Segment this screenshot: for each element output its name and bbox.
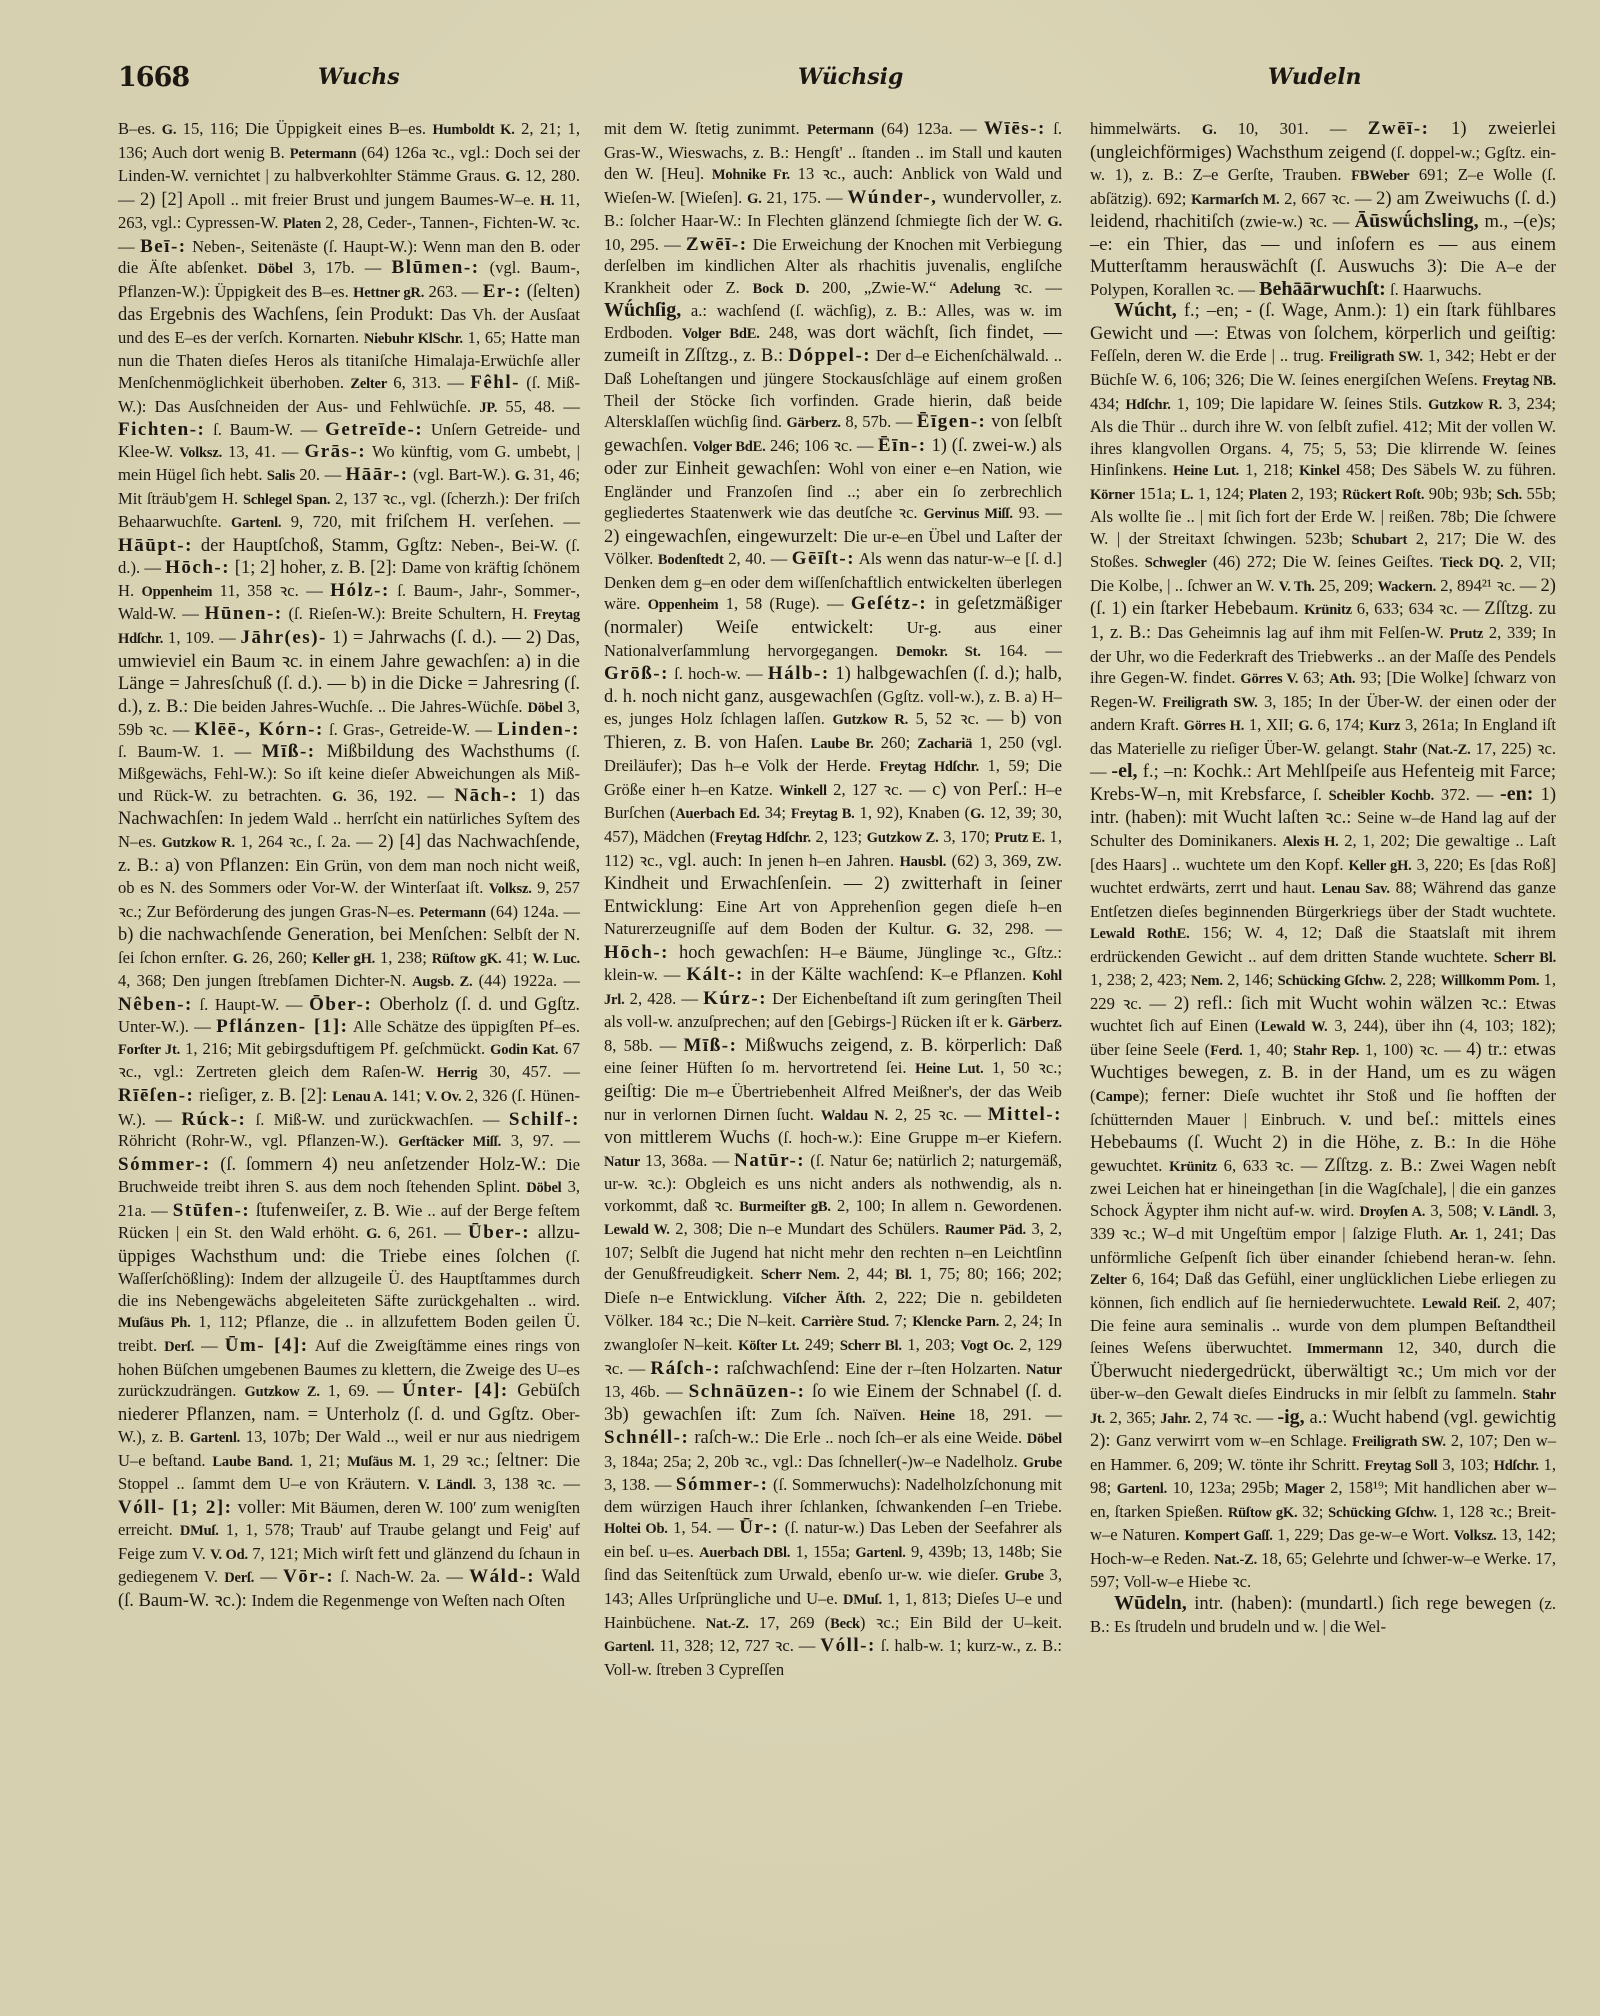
catchword-left: Wuchs bbox=[318, 64, 400, 90]
entry-text: ſ. Baum-W. — bbox=[205, 420, 325, 439]
entry-text: 3, 103; bbox=[1438, 1455, 1494, 1474]
source-citation: W. Luc. bbox=[532, 951, 580, 967]
source-citation: Auerbach Ed. bbox=[675, 806, 760, 822]
headword: Wīēs-: bbox=[984, 118, 1046, 139]
source-citation: G. bbox=[505, 169, 520, 185]
definition: (ſ. ſommern 4) neu anſetzender Holz-W.: bbox=[211, 1155, 556, 1175]
source-citation: Scherr Bl. bbox=[1494, 950, 1556, 966]
source-citation: Campe bbox=[1096, 1089, 1139, 1105]
entry-text: 458; Des Säbels W. zu führen. bbox=[1340, 460, 1556, 479]
definition: ſtufenweiſer, z. B. bbox=[250, 1201, 395, 1221]
source-citation: Beck bbox=[830, 1616, 860, 1632]
entry-text: (ſ. Rieſen-W.): Breite Schultern, H. bbox=[283, 604, 534, 623]
source-citation: Viſcher Äſth. bbox=[782, 1291, 865, 1307]
source-citation: Lewald W. bbox=[604, 1222, 670, 1238]
source-citation: Döbel bbox=[258, 261, 293, 277]
entry-text: 2, 123; bbox=[811, 827, 867, 846]
source-citation: G. bbox=[1202, 122, 1217, 138]
entry-text: 9, 720, bbox=[281, 512, 351, 531]
source-citation: Grube bbox=[1023, 1455, 1062, 1471]
entry-text: 2, 146; bbox=[1223, 970, 1278, 989]
source-citation: Nat.-Z. bbox=[1428, 742, 1471, 758]
source-citation: Freytag B. bbox=[791, 806, 855, 822]
entry-text: 13, 41. — bbox=[222, 442, 304, 461]
source-citation: Gartenl. bbox=[1117, 1481, 1167, 1497]
source-citation: Köſter Lt. bbox=[738, 1338, 799, 1354]
source-citation: Gutzkow Z. bbox=[867, 830, 939, 846]
source-citation: Vogt Oc. bbox=[960, 1338, 1013, 1354]
entry-text: — bbox=[194, 1336, 225, 1355]
source-citation: Döbel bbox=[1027, 1431, 1062, 1447]
entry-text: 10, 123a; 295b; bbox=[1167, 1478, 1284, 1497]
entry-text: ſ. Gras-, Getreide-W. — bbox=[324, 720, 497, 739]
entry-text: ) ꝛc.; Ein Bild der U–keit. bbox=[860, 1613, 1062, 1632]
source-citation: Volksz. bbox=[489, 881, 532, 897]
headword: -en: bbox=[1500, 783, 1533, 805]
source-citation: Scheibler Kochb. bbox=[1329, 788, 1435, 804]
source-citation: Droyſen A. bbox=[1360, 1204, 1426, 1220]
entry-text: 6, 313. — bbox=[387, 373, 470, 392]
entry-text: 32; bbox=[1297, 1502, 1328, 1521]
source-citation: Muſäus Ph. bbox=[118, 1315, 191, 1331]
entry-text: Eine der r–ſten Holzarten. bbox=[845, 1359, 1026, 1378]
entry-text: 1, 40; bbox=[1243, 1040, 1294, 1059]
entry-text: 8, 58b. — bbox=[604, 1036, 684, 1055]
source-citation: Zelter bbox=[1090, 1272, 1127, 1288]
catchword-right: Wudeln bbox=[1268, 64, 1362, 90]
headword: Nāch-: bbox=[454, 785, 518, 806]
source-citation: Derſ. bbox=[164, 1339, 194, 1355]
entry-text: ſ. hoch-w. — bbox=[669, 664, 768, 683]
definition: von mittlerem Wuchs bbox=[604, 1128, 778, 1148]
source-citation: Gartenl. bbox=[604, 1639, 654, 1655]
source-citation: Humboldt K. bbox=[432, 122, 514, 138]
entry-text: Zum ſch. Naïven. bbox=[771, 1405, 920, 1424]
source-citation: Mohnike Fr. bbox=[712, 167, 790, 183]
headword: -el, bbox=[1111, 760, 1137, 782]
definition: ferner: bbox=[1161, 1086, 1223, 1106]
entry-text: 36, 192. — bbox=[347, 786, 455, 805]
headword: Getreīde-: bbox=[325, 419, 423, 440]
headword: Kúrz-: bbox=[703, 988, 767, 1009]
entry-text: 25, 209; bbox=[1315, 576, 1378, 595]
definition: Oberholz (ſ. d. und Ggſtz. bbox=[372, 995, 580, 1015]
entry-text: 1, 238; bbox=[375, 948, 432, 967]
source-citation: Heine Lut. bbox=[1173, 463, 1239, 479]
page-number: 1668 bbox=[118, 62, 189, 93]
entry-text bbox=[1351, 1110, 1365, 1129]
headword: Hāūpt-: bbox=[118, 535, 193, 556]
entry-text: Apoll .. mit freier Brust und jungem Bau… bbox=[183, 190, 540, 209]
source-citation: Mager bbox=[1285, 1481, 1325, 1497]
entry-text: (64) 124a. — bbox=[486, 902, 580, 921]
headword: Únter- [4]: bbox=[402, 1380, 509, 1401]
source-citation: Freytag Hdſchr. bbox=[715, 830, 811, 846]
entry-text: 2, 228; bbox=[1386, 970, 1441, 989]
source-citation: Lewald W. bbox=[1260, 1019, 1327, 1035]
entry-text: 1, 264 ꝛc., ſ. 2a. — bbox=[235, 832, 378, 851]
entry-text: Röhricht (Rohr-W., vgl. Pflanzen-W.). bbox=[118, 1131, 398, 1150]
source-citation: G. bbox=[747, 191, 762, 207]
source-citation: Stahr bbox=[1383, 742, 1417, 758]
source-citation: Freiligrath SW. bbox=[1163, 695, 1258, 711]
entry-text: 1, 54. — bbox=[668, 1518, 740, 1537]
source-citation: Kompert Gaſſ. bbox=[1185, 1528, 1273, 1544]
source-citation: Demokr. St. bbox=[896, 644, 981, 660]
headword: Beī-: bbox=[140, 236, 187, 257]
entry-text: 30, 457. — bbox=[477, 1062, 580, 1081]
entry-text: mit dem W. ſtetig zunimmt. bbox=[604, 119, 807, 138]
entry-text: 1, 124; bbox=[1193, 484, 1248, 503]
source-citation: Gutzkow R. bbox=[833, 712, 909, 728]
source-citation: Volksz. bbox=[1454, 1528, 1497, 1544]
headword: Linden-: bbox=[497, 719, 580, 740]
source-citation: Schubart bbox=[1352, 532, 1408, 548]
source-citation: Jahr. bbox=[1160, 1411, 1190, 1427]
source-citation: Augsb. Z. bbox=[412, 974, 472, 990]
headword: Hūnen-: bbox=[205, 603, 283, 624]
entry-text: 26, 260; bbox=[247, 948, 312, 967]
entry-paragraph: Wūdeln, intr. (haben): (mundartl.) ſich … bbox=[1090, 1593, 1556, 1637]
entry-text: Die Erle .. noch ſch–er als eine Weide. bbox=[764, 1428, 1026, 1447]
source-citation: Grube bbox=[1004, 1568, 1043, 1584]
headword: Gēīſt-: bbox=[792, 548, 855, 569]
source-citation: DMuſ. bbox=[180, 1523, 219, 1539]
definition: auch: bbox=[853, 164, 901, 184]
headword: Ūm- [4]: bbox=[225, 1335, 309, 1356]
source-citation: Schwegler bbox=[1145, 555, 1207, 571]
headword: Ráſch-: bbox=[650, 1358, 721, 1379]
entry-text: 20. — bbox=[295, 465, 346, 484]
entry-text: 151a; bbox=[1135, 484, 1181, 503]
entry-text: 55, 48. — bbox=[497, 397, 580, 416]
entry-text: Alle Schätze des üppigſten Pf–es. bbox=[349, 1017, 580, 1036]
headword: Klēē-, Kórn-: bbox=[195, 719, 324, 740]
headword: Vōr-: bbox=[283, 1566, 334, 1587]
entry-text: himmelwärts. bbox=[1090, 119, 1202, 138]
source-citation: Gerſtäcker Miſſ. bbox=[398, 1134, 501, 1150]
dictionary-page: 1668 Wuchs Wüchsig Wudeln B–es. G. 15, 1… bbox=[0, 0, 1600, 2016]
headword: Ēīgen-: bbox=[917, 411, 987, 432]
entry-text: — bbox=[554, 512, 580, 531]
headword: Natūr-: bbox=[734, 1150, 805, 1171]
entry-text: 13 ꝛc., bbox=[790, 164, 853, 183]
headword: Mīß-: bbox=[684, 1035, 738, 1056]
source-citation: G. bbox=[366, 1226, 381, 1242]
source-citation: Krünitz bbox=[1304, 602, 1352, 618]
definition: rieſiger, z. B. [2]: bbox=[194, 1086, 332, 1106]
headword: Sómmer-: bbox=[118, 1154, 211, 1175]
entry-text: 141; bbox=[387, 1086, 425, 1105]
entry-text: 1, 69. — bbox=[320, 1381, 402, 1400]
entry-text: B–es. bbox=[118, 119, 162, 138]
source-citation: Hdſchr. bbox=[1125, 397, 1170, 413]
source-citation: Heine Lut. bbox=[915, 1061, 983, 1077]
headword: Pflánzen- [1]: bbox=[216, 1016, 348, 1037]
source-citation: Tieck DQ. bbox=[1440, 555, 1504, 571]
source-citation: Görres V. bbox=[1240, 671, 1298, 687]
entry-text: ſ. Miß-W. und zurückwachſen. — bbox=[246, 1110, 509, 1129]
entry-text: 2, 667 ꝛc. — bbox=[1279, 189, 1376, 208]
entry-text: 2, 40. — bbox=[724, 549, 792, 568]
source-citation: Herrig bbox=[437, 1065, 478, 1081]
source-citation: Salis bbox=[267, 468, 295, 484]
entry-text: In jenen h–en Jahren. bbox=[748, 851, 899, 870]
entry-text: 3, 97. — bbox=[501, 1131, 580, 1150]
headword: Wúnder-, bbox=[847, 187, 937, 208]
source-citation: Heine bbox=[919, 1408, 954, 1424]
source-citation: Kinkel bbox=[1299, 463, 1340, 479]
entry-text: 6, 174; bbox=[1313, 715, 1369, 734]
entry-text: 13, 368a. — bbox=[640, 1151, 734, 1170]
source-citation: Scherr Nem. bbox=[761, 1267, 840, 1283]
source-citation: Petermann bbox=[807, 122, 874, 138]
source-citation: V. bbox=[1339, 1113, 1351, 1129]
source-citation: Petermann bbox=[290, 146, 357, 162]
source-citation: G. bbox=[970, 806, 985, 822]
entry-text: 3, 138 ꝛc. — bbox=[476, 1474, 580, 1493]
definition: raſchwachſend: bbox=[721, 1359, 845, 1379]
entry-text: Die beiden Jahres-Wuchſe. .. Die Jahres-… bbox=[188, 697, 527, 716]
source-citation: Keller gH. bbox=[1349, 858, 1412, 874]
headword: Wǘchſig, bbox=[604, 299, 681, 321]
source-citation: Freiligrath SW. bbox=[1352, 1434, 1446, 1450]
source-citation: Stahr Rep. bbox=[1293, 1043, 1359, 1059]
entry-text: 4, 368; Den jungen ſtrebſamen Dichter-N. bbox=[118, 971, 412, 990]
entry-text: 1, 100) ꝛc. — bbox=[1359, 1040, 1466, 1059]
source-citation: Platen bbox=[1249, 487, 1287, 503]
headword: Rúck-: bbox=[181, 1109, 246, 1130]
entry-text: Feſſeln, deren W. die Erde | .. trug. bbox=[1090, 346, 1329, 365]
headword: Schilf-: bbox=[509, 1109, 580, 1130]
headword: Mīß-: bbox=[262, 741, 316, 762]
entry-text: 2, 100; In allem n. Gewordenen. bbox=[831, 1196, 1062, 1215]
source-citation: Laube Band. bbox=[212, 1454, 292, 1470]
source-citation: Nat.-Z. bbox=[706, 1616, 749, 1632]
text-column-1: B–es. G. 15, 116; Die Üppigkeit eines B–… bbox=[118, 118, 580, 1613]
source-citation: Freytag Soll bbox=[1364, 1458, 1437, 1474]
source-citation: JP. bbox=[479, 400, 497, 416]
entry-text: 12, 340, bbox=[1383, 1338, 1476, 1357]
definition: Mißbildung des Wachsthums bbox=[316, 742, 566, 762]
source-citation: Gärberz. bbox=[787, 415, 841, 431]
source-citation: Gartenl. bbox=[190, 1430, 240, 1446]
headword: Zwēī-: bbox=[1368, 118, 1430, 139]
source-citation: Zelter bbox=[350, 376, 387, 392]
source-citation: Godin Kat. bbox=[490, 1042, 558, 1058]
entry-text: 1, 229; Das ge-w–e Wort. bbox=[1273, 1525, 1454, 1544]
source-citation: Hettner gR. bbox=[353, 285, 424, 301]
entry-text: 5, 52 ꝛc. — bbox=[908, 709, 1011, 728]
definition: geiſtig: bbox=[604, 1082, 664, 1102]
source-citation: Gärberz. bbox=[1008, 1015, 1062, 1031]
source-citation: Prutz bbox=[1450, 626, 1484, 642]
headword: Dóppel-: bbox=[788, 345, 871, 366]
entry-text: (62) 3, 369, bbox=[946, 851, 1037, 870]
headword: Hōch-: bbox=[165, 557, 230, 578]
headword: Wūdeln, bbox=[1114, 1592, 1187, 1614]
source-citation: Scherr Bl. bbox=[840, 1338, 902, 1354]
source-citation: G. bbox=[162, 122, 177, 138]
definition: voller: bbox=[232, 1498, 291, 1518]
source-citation: V. Ov. bbox=[425, 1089, 461, 1105]
entry-text: 10, 295. — bbox=[604, 235, 686, 254]
entry-text: 246; 106 ꝛc. — bbox=[766, 436, 878, 455]
source-citation: Burmeiſter gB. bbox=[739, 1199, 831, 1215]
source-citation: Willkomm Pom. bbox=[1441, 973, 1540, 989]
headword: Nêben-: bbox=[118, 994, 193, 1015]
source-citation: Rückert Roſt. bbox=[1342, 487, 1424, 503]
entry-text: 249; bbox=[799, 1335, 840, 1354]
definition: hoch gewachſen: bbox=[669, 943, 819, 963]
headword: Geſétz-: bbox=[851, 593, 927, 614]
definition: der Hauptſchoß, Stamm, Ggſtz: bbox=[193, 536, 451, 556]
source-citation: G. bbox=[1298, 718, 1313, 734]
source-citation: DMuſ. bbox=[843, 1592, 882, 1608]
entry-text: 2, 44; bbox=[840, 1264, 895, 1283]
headword: Behāārwuchſt: bbox=[1259, 278, 1386, 300]
entry-text: 2, 428. — bbox=[625, 989, 704, 1008]
source-citation: Gutzkow Z. bbox=[245, 1384, 320, 1400]
headword: Kált-: bbox=[686, 964, 744, 985]
entry-text: 6, 261. — bbox=[381, 1223, 468, 1242]
definition: c) von Perſ.: bbox=[932, 780, 1034, 800]
entry-text: ſ. bbox=[1313, 785, 1329, 804]
entry-text: 3, 508; bbox=[1425, 1201, 1482, 1220]
entry-text: 164. — bbox=[981, 641, 1062, 660]
source-citation: G. bbox=[233, 951, 248, 967]
entry-text: 2, 894²¹ ꝛc. — bbox=[1436, 576, 1540, 595]
source-citation: Gervinus Miſſ. bbox=[924, 506, 1013, 522]
headword: Grās-: bbox=[304, 441, 366, 462]
source-citation: Freiligrath SW. bbox=[1329, 349, 1423, 365]
headword: Schnéll-: bbox=[604, 1427, 689, 1448]
source-citation: Klencke Parn. bbox=[912, 1314, 999, 1330]
source-citation: G. bbox=[946, 922, 961, 938]
source-citation: Gartenl. bbox=[231, 515, 281, 531]
entry-text: ); bbox=[1139, 1086, 1161, 1105]
text-column-2: mit dem W. ſtetig zunimmt. Petermann (64… bbox=[604, 118, 1062, 1680]
source-citation: Natur bbox=[604, 1154, 640, 1170]
headword: Ūber-: bbox=[468, 1222, 530, 1243]
source-citation: Volger BdE. bbox=[682, 326, 760, 342]
entry-text: 2, 365; bbox=[1105, 1408, 1160, 1427]
headword: Wúcht, bbox=[1114, 299, 1177, 321]
source-citation: Lenau A. bbox=[332, 1089, 387, 1105]
entry-text: 18, 291. — bbox=[955, 1405, 1062, 1424]
definition: intr. (haben): (mundartl.) ſich rege bew… bbox=[1187, 1594, 1539, 1614]
source-citation: Niebuhr KlSchr. bbox=[364, 331, 463, 347]
source-citation: Sch. bbox=[1497, 487, 1522, 503]
entry-text: 17, 269 ( bbox=[749, 1613, 830, 1632]
entry-text: Ganz verwirrt vom w–en Schlage. bbox=[1116, 1431, 1352, 1450]
source-citation: Natur bbox=[1026, 1362, 1062, 1378]
entry-text: 263. — bbox=[424, 282, 483, 301]
entry-text: 3, 138. — bbox=[604, 1475, 676, 1494]
source-citation: Immermann bbox=[1307, 1341, 1383, 1357]
headword: -ig, bbox=[1277, 1406, 1304, 1428]
source-citation: Bock D. bbox=[753, 281, 809, 297]
entry-text: 1, 155a; bbox=[790, 1542, 855, 1561]
source-citation: Winkell bbox=[779, 783, 827, 799]
entry-text: ſ. Nach-W. 2a. — bbox=[334, 1567, 469, 1586]
definition: [1; 2] hoher, z. B. [2]: bbox=[230, 558, 401, 578]
entry-text: 260; bbox=[874, 733, 918, 752]
definition: Zſſtzg. z. B.: bbox=[1324, 1156, 1430, 1176]
headword: Vóll- [1; 2]: bbox=[118, 1497, 232, 1518]
entry-text: 10, 301. — bbox=[1217, 119, 1368, 138]
entry-text: 1, 21; bbox=[293, 1451, 347, 1470]
entry-paragraph: mit dem W. ſtetig zunimmt. Petermann (64… bbox=[604, 118, 1062, 1680]
headword: Ōber-: bbox=[309, 994, 372, 1015]
definition: 2) eingewachſen, eingewurzelt: bbox=[604, 527, 844, 547]
entry-text: 7; bbox=[889, 1311, 912, 1330]
entry-text: 2, 127 ꝛc. — bbox=[827, 780, 932, 799]
source-citation: Ferd. bbox=[1210, 1043, 1242, 1059]
source-citation: G. bbox=[332, 789, 347, 805]
headword: Hólz-: bbox=[330, 580, 390, 601]
source-citation: Schücking Gſchw. bbox=[1278, 973, 1386, 989]
entry-paragraph: B–es. G. 15, 116; Die Üppigkeit eines B–… bbox=[118, 118, 580, 1613]
entry-text: 1, 216; Mit gebirgsduftigem Pf. geſchmüc… bbox=[180, 1039, 490, 1058]
definition: b) die nachwachſende Generation, bei Men… bbox=[118, 925, 493, 945]
entry-text: 372. — bbox=[1434, 785, 1500, 804]
definition: 2) refl.: ſich mit Wucht wohin wälzen ꝛc… bbox=[1174, 994, 1516, 1014]
entry-text: Das Geheimnis lag auf ihm mit Felſen-W. bbox=[1157, 623, 1449, 642]
entry-text: 32, 298. — bbox=[961, 919, 1062, 938]
source-citation: Volger BdE. bbox=[693, 439, 766, 455]
headword: Fichten-: bbox=[118, 419, 205, 440]
source-citation: H. bbox=[540, 193, 555, 209]
source-citation: Ar. bbox=[1449, 1227, 1468, 1243]
entry-text: ſ. Haarwuchs. bbox=[1386, 280, 1482, 299]
source-citation: Bodenſtedt bbox=[658, 552, 724, 568]
entry-text: 1, 29 ꝛc.; bbox=[416, 1451, 497, 1470]
running-header: 1668 Wuchs Wüchsig Wudeln bbox=[118, 62, 1558, 96]
source-citation: V. Od. bbox=[210, 1547, 248, 1563]
source-citation: Döbel bbox=[527, 700, 562, 716]
headword: Ūr-: bbox=[739, 1517, 779, 1538]
entry-text: 3, 17b. — bbox=[293, 258, 392, 277]
entry-text: 15, 116; Die Üppigkeit eines B–es. bbox=[176, 119, 432, 138]
entry-text: 1, 203; bbox=[902, 1335, 961, 1354]
entry-text: ſ. Haupt-W. — bbox=[193, 995, 309, 1014]
source-citation: Petermann bbox=[419, 905, 486, 921]
entry-text: 2, 308; Die n–e Mundart des Schülers. bbox=[670, 1219, 945, 1238]
text-column-3: himmelwärts. G. 10, 301. — Zwēī-: 1) zwe… bbox=[1090, 118, 1556, 1637]
source-citation: Döbel bbox=[526, 1180, 561, 1196]
source-citation: Freytag Hdſchr. bbox=[879, 759, 979, 775]
entry-text: (46) 272; Die W. ſeines Geiſtes. bbox=[1207, 552, 1440, 571]
source-citation: L. bbox=[1180, 487, 1193, 503]
source-citation: Krünitz bbox=[1169, 1159, 1217, 1175]
definition: wundervoller, bbox=[937, 188, 1050, 208]
entry-text: 248, bbox=[760, 323, 807, 342]
headword: Mittel-: bbox=[988, 1104, 1062, 1125]
headword: Vóll-: bbox=[820, 1635, 875, 1656]
source-citation: Nem. bbox=[1191, 973, 1223, 989]
source-citation: Derſ. bbox=[224, 1570, 254, 1586]
entry-text: 13, 46b. — bbox=[604, 1382, 689, 1401]
entry-text: 21, 175. — bbox=[762, 188, 848, 207]
source-citation: Adelung bbox=[949, 281, 1000, 297]
source-citation: Wackern. bbox=[1378, 579, 1436, 595]
entry-text: 1, 238; 2, 423; bbox=[1090, 970, 1191, 989]
source-citation: Lenau Sav. bbox=[1321, 881, 1389, 897]
source-citation: Görres H. bbox=[1184, 718, 1244, 734]
entry-text: 34; bbox=[760, 803, 791, 822]
entry-text: 6, 633 ꝛc. — bbox=[1217, 1156, 1324, 1175]
